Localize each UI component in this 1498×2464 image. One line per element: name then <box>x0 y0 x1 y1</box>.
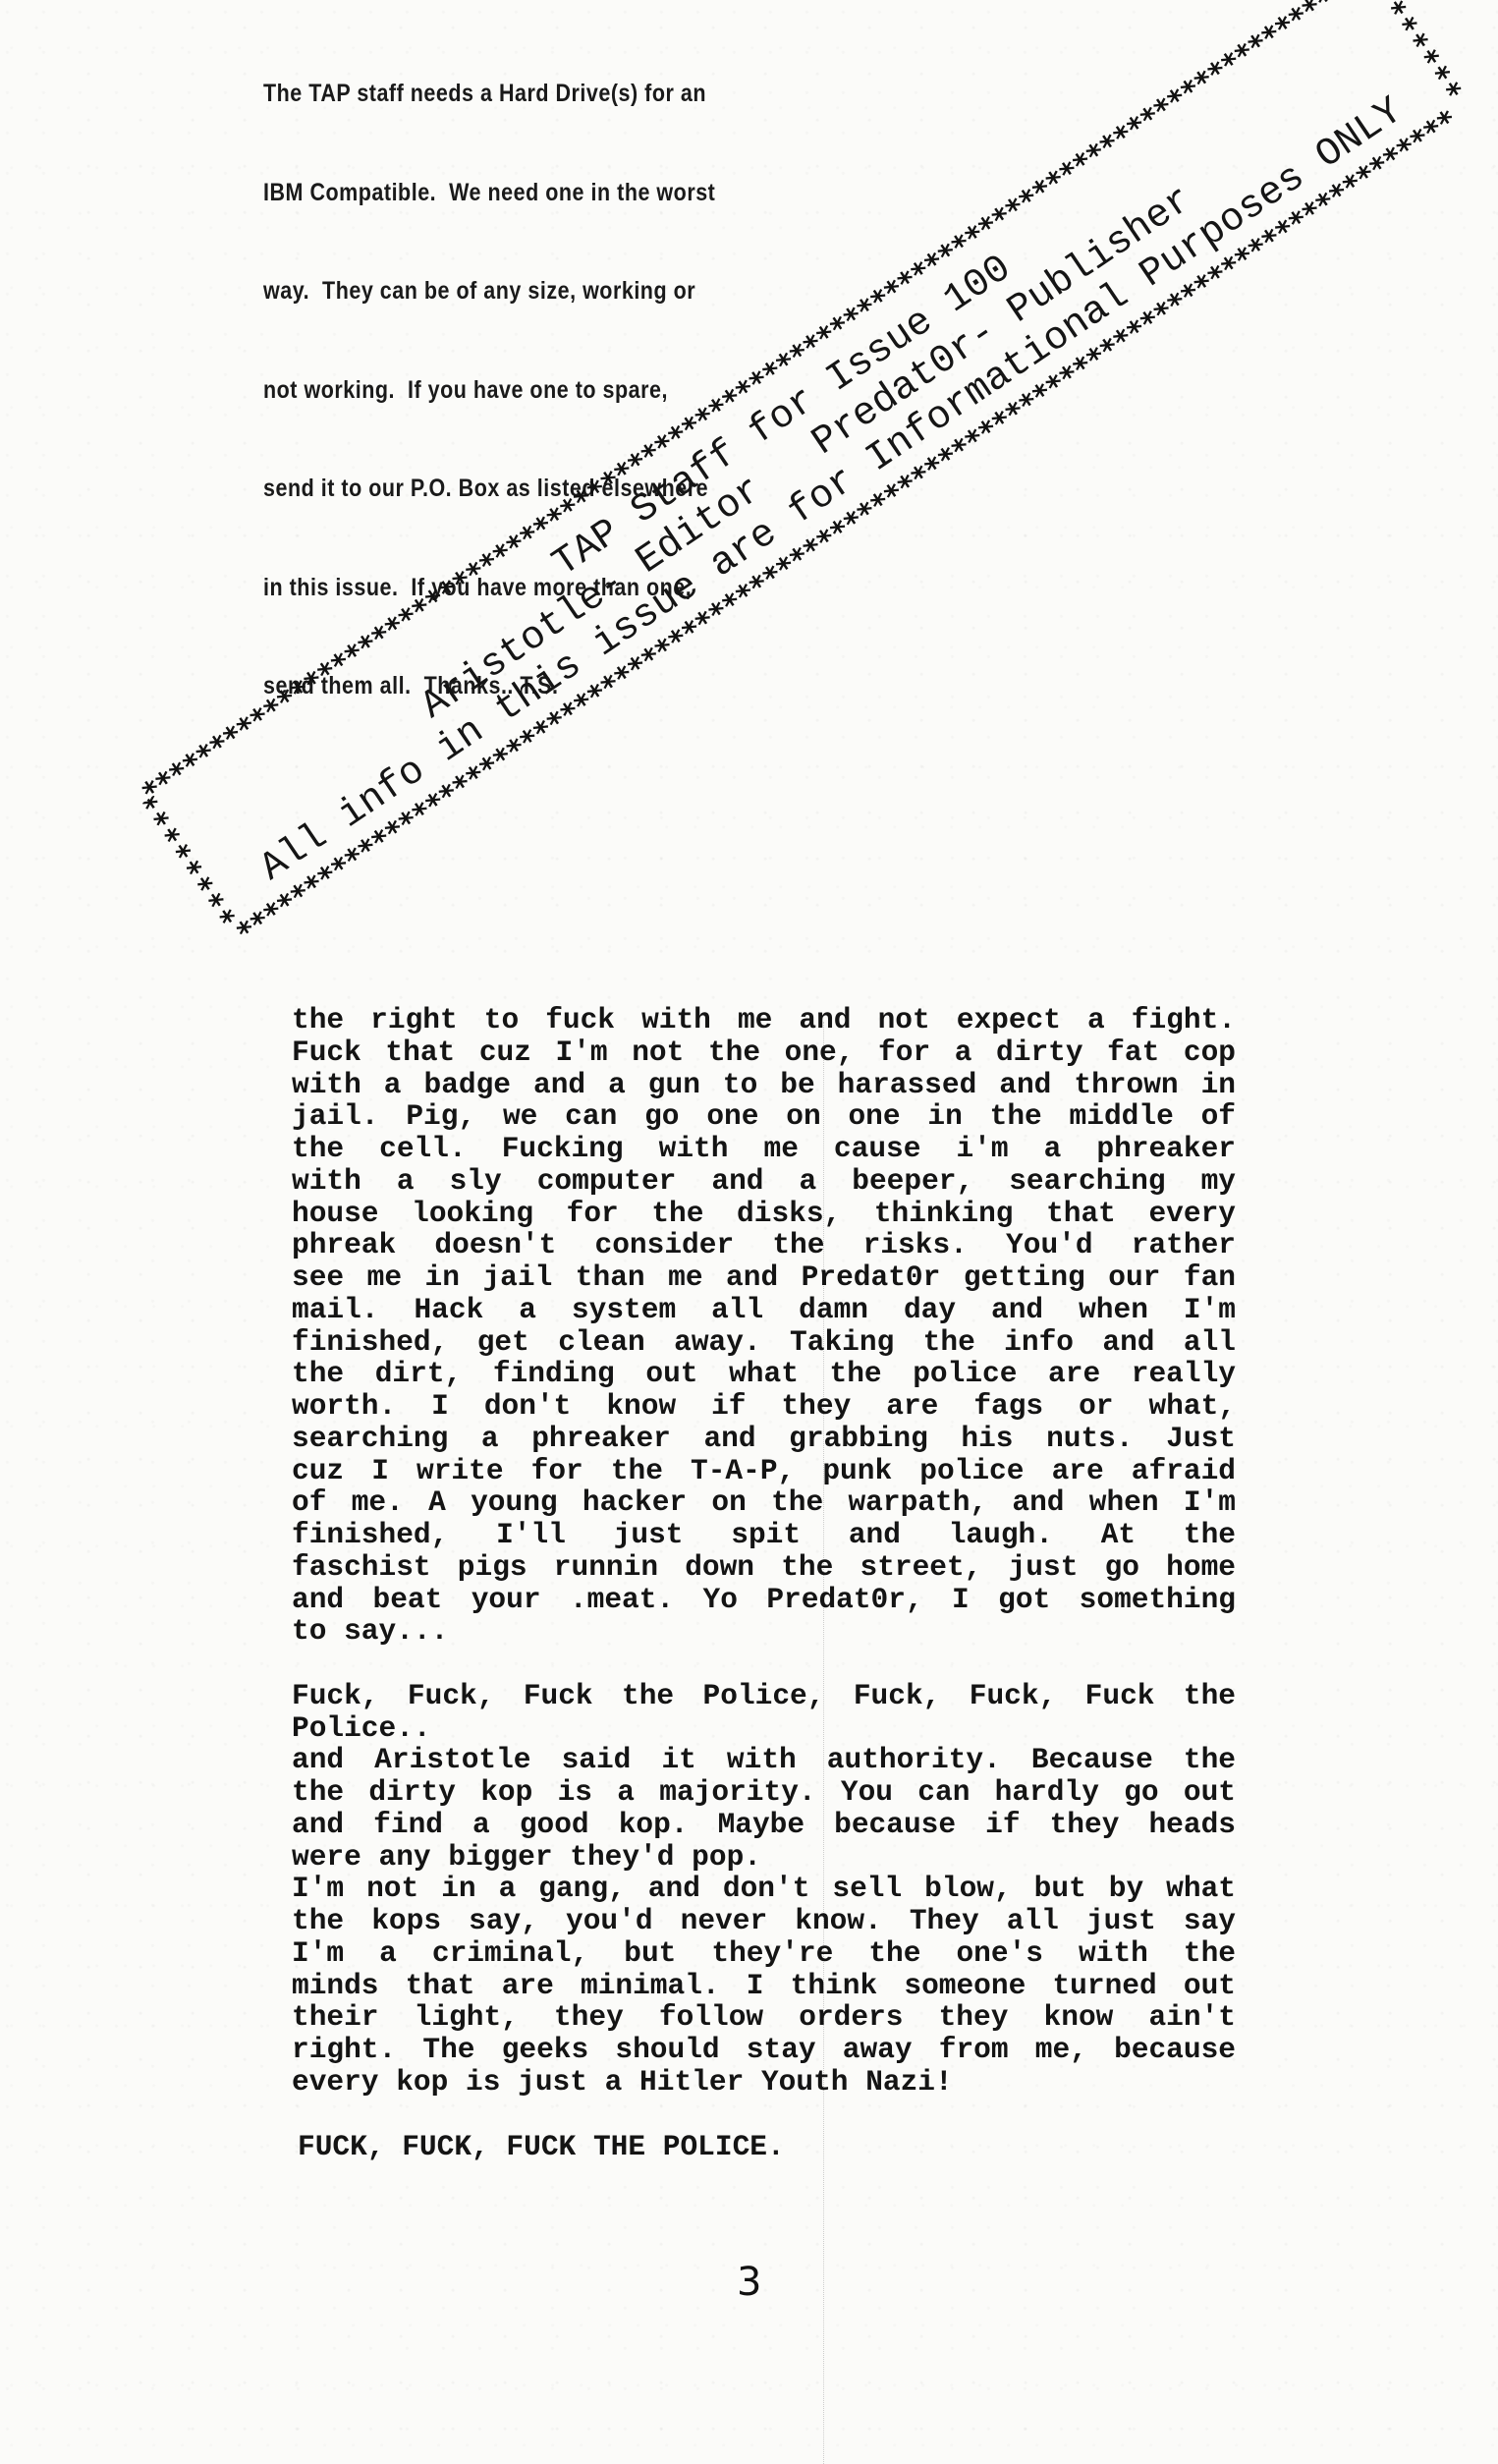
paragraph-gap <box>292 1648 1236 1680</box>
article-line: were any bigger they'd pop. <box>292 1841 1236 1874</box>
article-line: I'm a criminal, but they're the one's wi… <box>292 1937 1236 1970</box>
article-line: the dirt, finding out what the police ar… <box>292 1358 1236 1390</box>
article-line: with a sly computer and a beeper, search… <box>292 1165 1236 1198</box>
closing-line: FUCK, FUCK, FUCK THE POLICE. <box>298 2130 785 2163</box>
article-line: Police.. <box>292 1712 1236 1745</box>
article-line: phreak doesn't consider the risks. You'd… <box>292 1229 1236 1261</box>
article-line: right. The geeks should stay away from m… <box>292 2034 1236 2066</box>
article-line: I'm not in a gang, and don't sell blow, … <box>292 1873 1236 1905</box>
article-line: see me in jail than me and Predat0r gett… <box>292 1261 1236 1294</box>
article-line: minds that are minimal. I think someone … <box>292 1970 1236 2002</box>
article-line: finished, I'll just spit and laugh. At t… <box>292 1519 1236 1551</box>
notice-line: The TAP staff needs a Hard Drive(s) for … <box>263 78 855 111</box>
notice-line: way. They can be of any size, working or <box>263 275 855 308</box>
notice-line: IBM Compatible. We need one in the worst <box>263 177 855 210</box>
article-line: and Aristotle said it with authority. Be… <box>292 1744 1236 1776</box>
article-line: the right to fuck with me and not expect… <box>292 1004 1236 1036</box>
article-line: their light, they follow orders they kno… <box>292 2001 1236 2034</box>
article-body: the right to fuck with me and not expect… <box>292 1004 1236 2099</box>
article-line: jail. Pig, we can go one on one in the m… <box>292 1100 1236 1133</box>
article-line: faschist pigs runnin down the street, ju… <box>292 1551 1236 1584</box>
article-line: the dirty kop is a majority. You can har… <box>292 1776 1236 1809</box>
article-line: of me. A young hacker on the warpath, an… <box>292 1486 1236 1519</box>
page-number: 3 <box>737 2260 761 2305</box>
article-line: the kops say, you'd never know. They all… <box>292 1905 1236 1937</box>
article-line: cuz I write for the T-A-P, punk police a… <box>292 1455 1236 1487</box>
article-line: and beat your .meat. Yo Predat0r, I got … <box>292 1584 1236 1616</box>
article-line: to say... <box>292 1615 1236 1648</box>
article-line: house looking for the disks, thinking th… <box>292 1198 1236 1230</box>
article-line: with a badge and a gun to be harassed an… <box>292 1069 1236 1101</box>
article-line: searching a phreaker and grabbing his nu… <box>292 1423 1236 1455</box>
article-line: finished, get clean away. Taking the inf… <box>292 1326 1236 1359</box>
article-line: Fuck, Fuck, Fuck the Police, Fuck, Fuck,… <box>292 1680 1236 1712</box>
article-line: Fuck that cuz I'm not the one, for a dir… <box>292 1036 1236 1069</box>
article-line: worth. I don't know if they are fags or … <box>292 1390 1236 1423</box>
article-line: the cell. Fucking with me cause i'm a ph… <box>292 1133 1236 1165</box>
article-line: mail. Hack a system all damn day and whe… <box>292 1294 1236 1326</box>
article-line: every kop is just a Hitler Youth Nazi! <box>292 2066 1236 2099</box>
article-line: and find a good kop. Maybe because if th… <box>292 1809 1236 1841</box>
